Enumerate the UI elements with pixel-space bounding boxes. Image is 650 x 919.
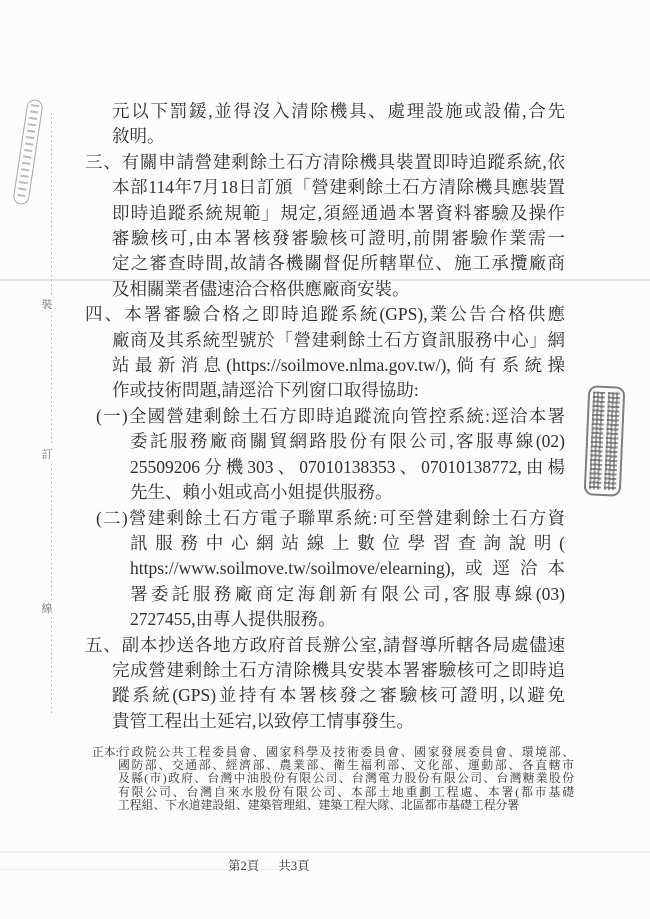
body-line: 先生、賴小姐或高小姐提供服務。 xyxy=(130,480,565,505)
recipients-line: 有限公司、台灣自來水股份有限公司、本部土地重劃工程處、本署(都市基礎 xyxy=(118,786,574,799)
scan-streak xyxy=(0,851,650,853)
recipients-list: 行政院公共工程委員會、國家科學及技術委員會、國家發展委員會、環境部、 國防部、交… xyxy=(118,746,574,812)
page-footer: 第2頁 共3頁 xyxy=(0,856,650,874)
body-line: https://www.soilmove.tw/soilmove/elearni… xyxy=(130,556,565,581)
body-line: 委託服務廠商關貿網路股份有限公司,客服專線(02) xyxy=(130,429,565,454)
recipients-line: 及縣(市)政府、台灣中油股份有限公司、台灣電力股份有限公司、台灣糖業股份 xyxy=(118,772,574,785)
body-line: 廠商及其系統型號於「營建剩餘土石方資訊服務中心」網 xyxy=(112,328,565,353)
body-line: 站最新消息(https://soilmove.nlma.gov.tw/),倘有系… xyxy=(112,353,565,378)
recipients-line: 工程組、下水道建設組、建築管理組、建築工程大隊、北區都市基礎工程分署 xyxy=(118,799,574,812)
body-line-item-4: 四、本署審驗合格之即時追蹤系統(GPS),業公告合格供應 xyxy=(85,302,565,327)
body-line-item-5: 五、副本抄送各地方政府首長辦公室,請督導所轄各局處儘速 xyxy=(85,633,565,658)
body-line: 定之審查時間,故請各機關督促所轄單位、施工承攬廠商 xyxy=(112,251,565,276)
letter-body: 元以下罰鍰,並得沒入清除機具、處理設施或設備,合先 敘明。 三、有關申請營建剩餘… xyxy=(0,99,650,734)
body-line: 及相關業者儘速洽合格供應廠商安裝。 xyxy=(112,277,565,302)
body-line: 作或技術問題,請逕洽下列窗口取得協助: xyxy=(112,378,565,403)
body-line: 訊服務中心網站線上數位學習查詢說明( xyxy=(130,531,565,556)
body-line: 即時追蹤系統規範」規定,須經通過本署資料審驗及操作 xyxy=(112,201,565,226)
body-line: 貴管工程出土延宕,以致停工情事發生。 xyxy=(112,709,565,734)
document-page: 裝 訂 線 元以下罰鍰,並得沒入清除機具、處理設施或設備,合先 敘明。 三、有關… xyxy=(0,0,650,919)
page-number: 第2頁 xyxy=(228,856,259,874)
body-line: 署委託服務廠商定海創新有限公司,客服專線(03) xyxy=(130,582,565,607)
body-line: 元以下罰鍰,並得沒入清除機具、處理設施或設備,合先 xyxy=(112,99,565,124)
body-line: 敘明。 xyxy=(112,124,565,149)
body-line: 完成營建剩餘土石方清除機具安裝本署審驗核可之即時追 xyxy=(112,658,565,683)
body-line: 蹤系統(GPS)並持有本署核發之審驗核可證明,以避免 xyxy=(112,683,565,708)
body-line: 25509206分機303、07010138353、07010138772,由楊 xyxy=(130,455,565,480)
body-line: 本部114年7月18日訂頒「營建剩餘土石方清除機具應裝置 xyxy=(112,175,565,200)
total-pages: 共3頁 xyxy=(278,856,309,874)
body-line: 2727455,由專人提供服務。 xyxy=(130,607,565,632)
body-line-subitem-2: (二)營建剩餘土石方電子聯單系統:可至營建剩餘土石方資 xyxy=(96,506,565,531)
body-line: 審驗核可,由本署核發審驗核可證明,前開審驗作業需一 xyxy=(112,226,565,251)
body-line-subitem-1: (一)全國營建剩餘土石方即時追蹤流向管控系統:逕洽本署 xyxy=(96,404,565,429)
recipients-label: 正本: xyxy=(92,746,119,759)
body-line-item-3: 三、有關申請營建剩餘土石方清除機具裝置即時追蹤系統,依 xyxy=(85,150,565,175)
